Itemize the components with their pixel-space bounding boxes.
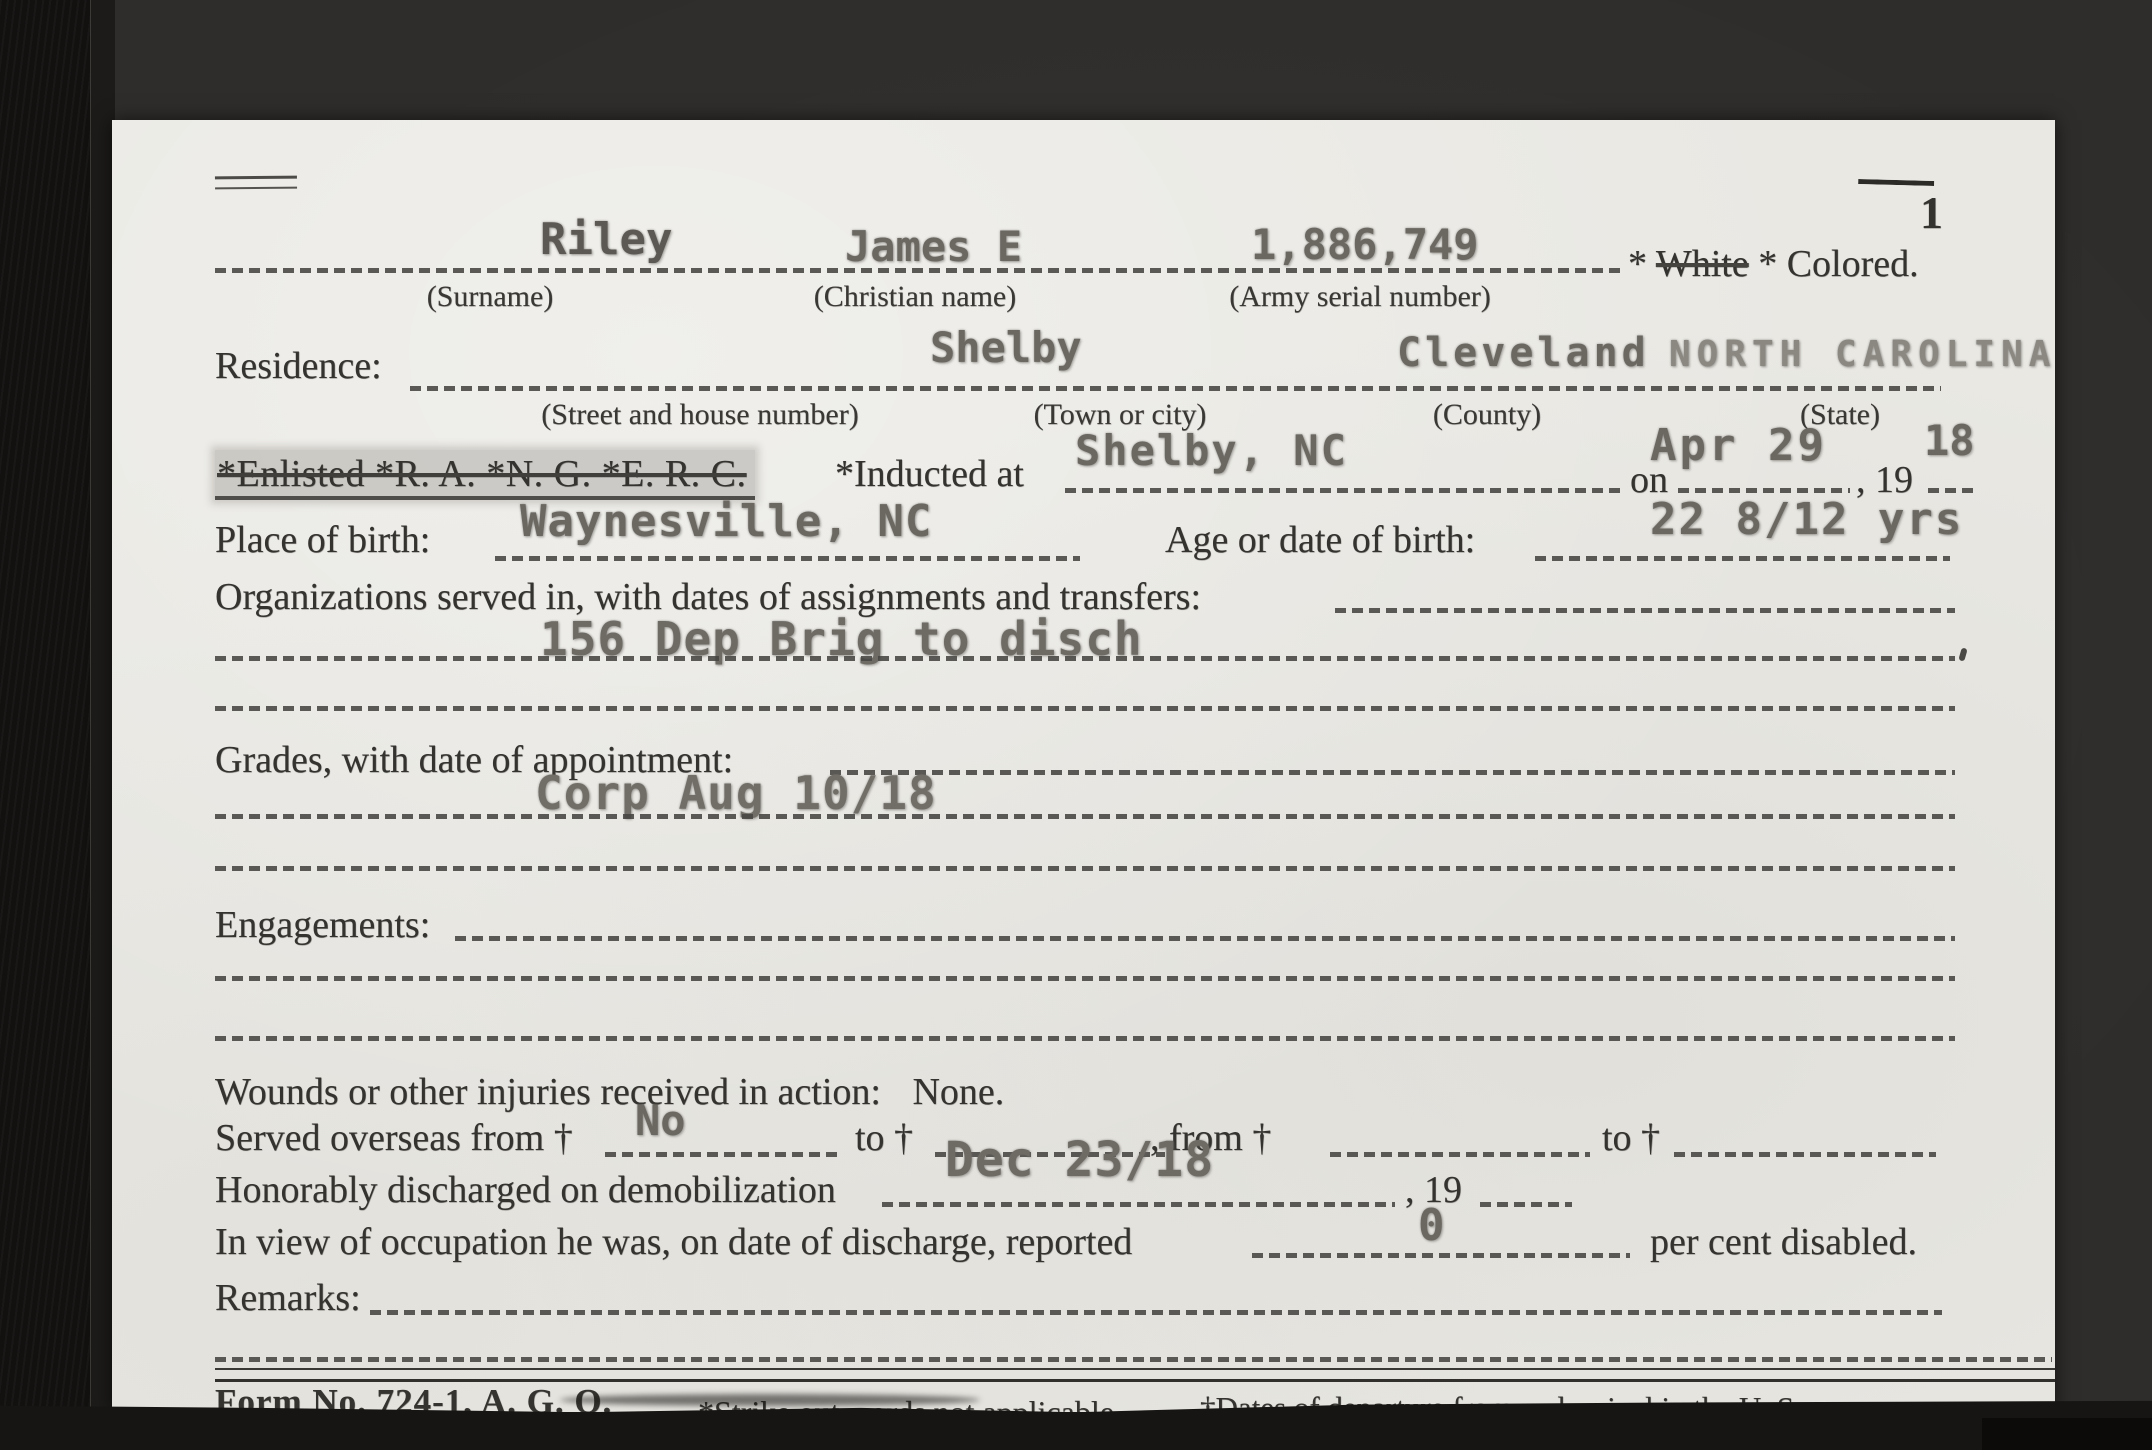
grades-line-0 <box>830 770 1955 775</box>
service-record-card: 1 Riley James E 1,886,749 * White * Colo… <box>112 120 2055 1412</box>
overseas-from1-label: Served overseas from † <box>215 1116 573 1160</box>
overseas-from1-value: No <box>635 1096 686 1145</box>
scanned-service-card-page: 1 Riley James E 1,886,749 * White * Colo… <box>0 0 2152 1450</box>
enlistment-struck-options: *Enlisted *R. A. *N. G. *E. R. C. <box>215 450 755 500</box>
scan-bottom-corner <box>1982 1418 2152 1450</box>
race-options: * White * Colored. <box>1628 242 1919 286</box>
place-of-birth-value: Waynesville, NC <box>520 496 932 547</box>
county-label: (County) <box>1433 398 1541 432</box>
engagements-line-0 <box>455 936 1955 941</box>
race-colored-label: Colored. <box>1787 243 1919 285</box>
form-number: Form No. 724-1, A. G. O. <box>215 1382 612 1412</box>
engagements-label: Engagements: <box>215 903 430 947</box>
discharge-date-value: Dec 23/18 <box>945 1132 1214 1188</box>
organizations-line-0 <box>1335 608 1955 613</box>
organizations-line-1 <box>215 656 1955 661</box>
residence-line <box>410 386 1941 391</box>
disability-label: In view of occupation he was, on date of… <box>215 1220 1132 1264</box>
serial-number-label: (Army serial number) <box>1229 280 1491 314</box>
engagements-line-2 <box>215 1036 1955 1041</box>
ink-speck <box>1958 647 1967 661</box>
overseas-to2-label: to † <box>1602 1116 1660 1160</box>
christian-name-label: (Christian name) <box>814 280 1016 314</box>
race-white-asterisk: * <box>1628 243 1647 285</box>
wounds-value: None. <box>912 1071 1004 1113</box>
overseas-line-1 <box>605 1152 840 1157</box>
age-label: Age or date of birth: <box>1165 518 1475 562</box>
pen-dash-mark <box>215 176 297 190</box>
grades-line-2 <box>215 866 1955 871</box>
serial-number-value: 1,886,749 <box>1251 220 1479 269</box>
wounds-question: Wounds or other injuries received in act… <box>215 1071 881 1113</box>
overseas-to1-label: to † <box>855 1116 913 1160</box>
bottom-edge-smudge <box>560 1394 980 1406</box>
bottom-double-rule <box>215 1368 2055 1382</box>
remarks-line <box>370 1310 1942 1315</box>
residence-state-value: NORTH CAROLINA <box>1669 334 2055 375</box>
age-value: 22 8/12 yrs <box>1650 494 1963 545</box>
residence-town-value: Shelby <box>930 323 1082 372</box>
residence-county-value: Cleveland <box>1397 330 1650 376</box>
inducted-at-label: *Inducted at <box>835 452 1024 496</box>
surname-label: (Surname) <box>427 280 554 314</box>
engagements-line-1 <box>215 976 1955 981</box>
page-number: 1 <box>1920 186 1943 239</box>
organizations-line-2 <box>215 706 1955 711</box>
race-colored-asterisk: * <box>1758 243 1777 285</box>
overseas-line-3 <box>1330 1152 1590 1157</box>
place-of-birth-label: Place of birth: <box>215 518 430 562</box>
grades-line-1 <box>215 814 1955 819</box>
overseas-line-4 <box>1674 1152 1936 1157</box>
wounds-label: Wounds or other injuries received in act… <box>215 1070 1004 1114</box>
disability-value: 0 <box>1418 1200 1445 1251</box>
age-line <box>1535 556 1950 561</box>
place-of-birth-line <box>495 556 1080 561</box>
christian-name-value: James E <box>845 222 1022 271</box>
residence-label: Residence: <box>215 344 382 388</box>
inducted-place-value: Shelby, NC <box>1075 426 1348 475</box>
grades-entry: Corp Aug 10/18 <box>535 766 937 820</box>
book-edge-strip <box>0 0 90 1450</box>
name-row-line <box>215 268 1625 273</box>
surname-value: Riley <box>540 214 672 265</box>
induction-year-value: 18 <box>1924 416 1975 465</box>
induction-date-line <box>1678 488 1850 493</box>
discharge-year-line <box>1480 1202 1572 1207</box>
discharge-line <box>882 1202 1395 1207</box>
remarks-label: Remarks: <box>215 1276 361 1320</box>
bottom-blank-line <box>215 1357 2052 1362</box>
race-white-label: White <box>1656 243 1749 285</box>
street-label: (Street and house number) <box>541 398 858 432</box>
discharge-label: Honorably discharged on demobilization <box>215 1168 836 1212</box>
induction-year-line <box>1928 488 1974 493</box>
disability-suffix: per cent disabled. <box>1650 1220 1917 1264</box>
disability-line <box>1252 1253 1630 1258</box>
inducted-place-line <box>1065 488 1625 493</box>
induction-date-value: Apr 29 <box>1650 420 1827 471</box>
